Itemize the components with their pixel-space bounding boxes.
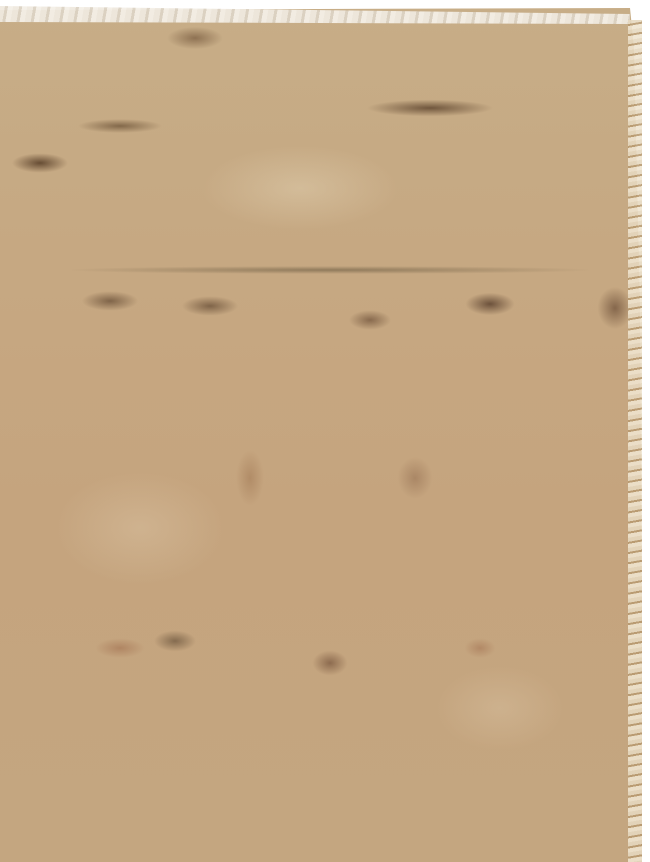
rug-photo [0,0,650,862]
rug-selvedge [628,20,642,862]
rug-pile-field [0,8,642,862]
